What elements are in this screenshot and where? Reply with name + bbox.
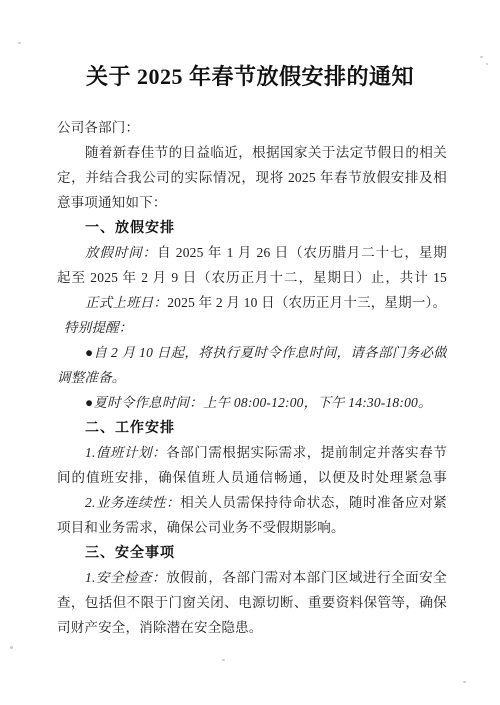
safety-check-line-2: 查，包括但不限于门窗关闭、电源切断、重要资料保管等，确保公 (57, 590, 447, 615)
scan-speck (486, 63, 488, 65)
duty-plan-line-2: 间的值班安排，确保值班人员通信畅通，以便及时处理紧急事务。 (57, 465, 447, 490)
reminder-bullet-1-line-1: ●自 2 月 10 日起，将执行夏时令作息时间，请各部门务必做好 (57, 340, 447, 365)
section-1-heading: 一、放假安排 (57, 215, 447, 240)
scan-speck (18, 42, 21, 44)
holiday-time-line-2: 起至 2025 年 2 月 9 日（农历正月十二，星期日）止，共计 15 天。 (57, 265, 447, 290)
duty-plan-label: 1.值班计划： (85, 445, 166, 460)
intro-line: 意事项通知如下： (57, 190, 447, 215)
duty-plan-line-1: 1.值班计划：各部门需根据实际需求，提前制定并落实春节期 (57, 440, 447, 465)
document-title: 关于 2025 年春节放假安排的通知 (0, 60, 500, 94)
scan-speck (10, 646, 13, 649)
section-3-heading: 三、安全事项 (57, 540, 447, 565)
salutation: 公司各部门： (57, 115, 447, 140)
special-reminder-label: 特别提醒： (57, 315, 447, 340)
work-day-label: 正式上班日： (85, 295, 167, 310)
scan-speck (480, 56, 483, 58)
document-body: 公司各部门： 随着新春佳节的日益临近，根据国家关于法定节假日的相关规 定，并结合… (57, 115, 447, 640)
safety-check-label: 1.安全检查： (85, 570, 166, 585)
holiday-time-line-1: 放假时间：自 2025 年 1 月 26 日（农历腊月二十七，星期日） (57, 240, 447, 265)
work-day-text: 2025 年 2 月 10 日（农历正月十三，星期一）。 (167, 295, 446, 310)
reminder-bullet-2: ●夏时令作息时间：上午 08:00-12:00，下午 14:30-18:00。 (57, 390, 447, 415)
business-continuity-line-1: 2.业务连续性：相关人员需保持待命状态，随时准备应对紧急 (57, 490, 447, 515)
work-day-line: 正式上班日：2025 年 2 月 10 日（农历正月十三，星期一）。 (57, 290, 447, 315)
intro-line: 随着新春佳节的日益临近，根据国家关于法定节假日的相关规 (57, 140, 447, 165)
scan-speck (463, 681, 466, 683)
safety-check-line-1: 1.安全检查：放假前，各部门需对本部门区域进行全面安全检 (57, 565, 447, 590)
business-continuity-line-2: 项目和业务需求，确保公司业务不受假期影响。 (57, 515, 447, 540)
scanned-notice-page: 关于 2025 年春节放假安排的通知 公司各部门： 随着新春佳节的日益临近，根据… (0, 0, 500, 705)
section-2-heading: 二、工作安排 (57, 415, 447, 440)
reminder-bullet-1-line-2: 调整准备。 (57, 365, 447, 390)
safety-check-line-3: 司财产安全，消除潜在安全隐患。 (57, 615, 447, 640)
scan-speck (222, 659, 225, 661)
intro-line: 定，并结合我公司的实际情况，现将 2025 年春节放假安排及相关注 (57, 165, 447, 190)
holiday-time-label: 放假时间： (85, 245, 157, 260)
business-continuity-label: 2.业务连续性： (85, 495, 180, 510)
